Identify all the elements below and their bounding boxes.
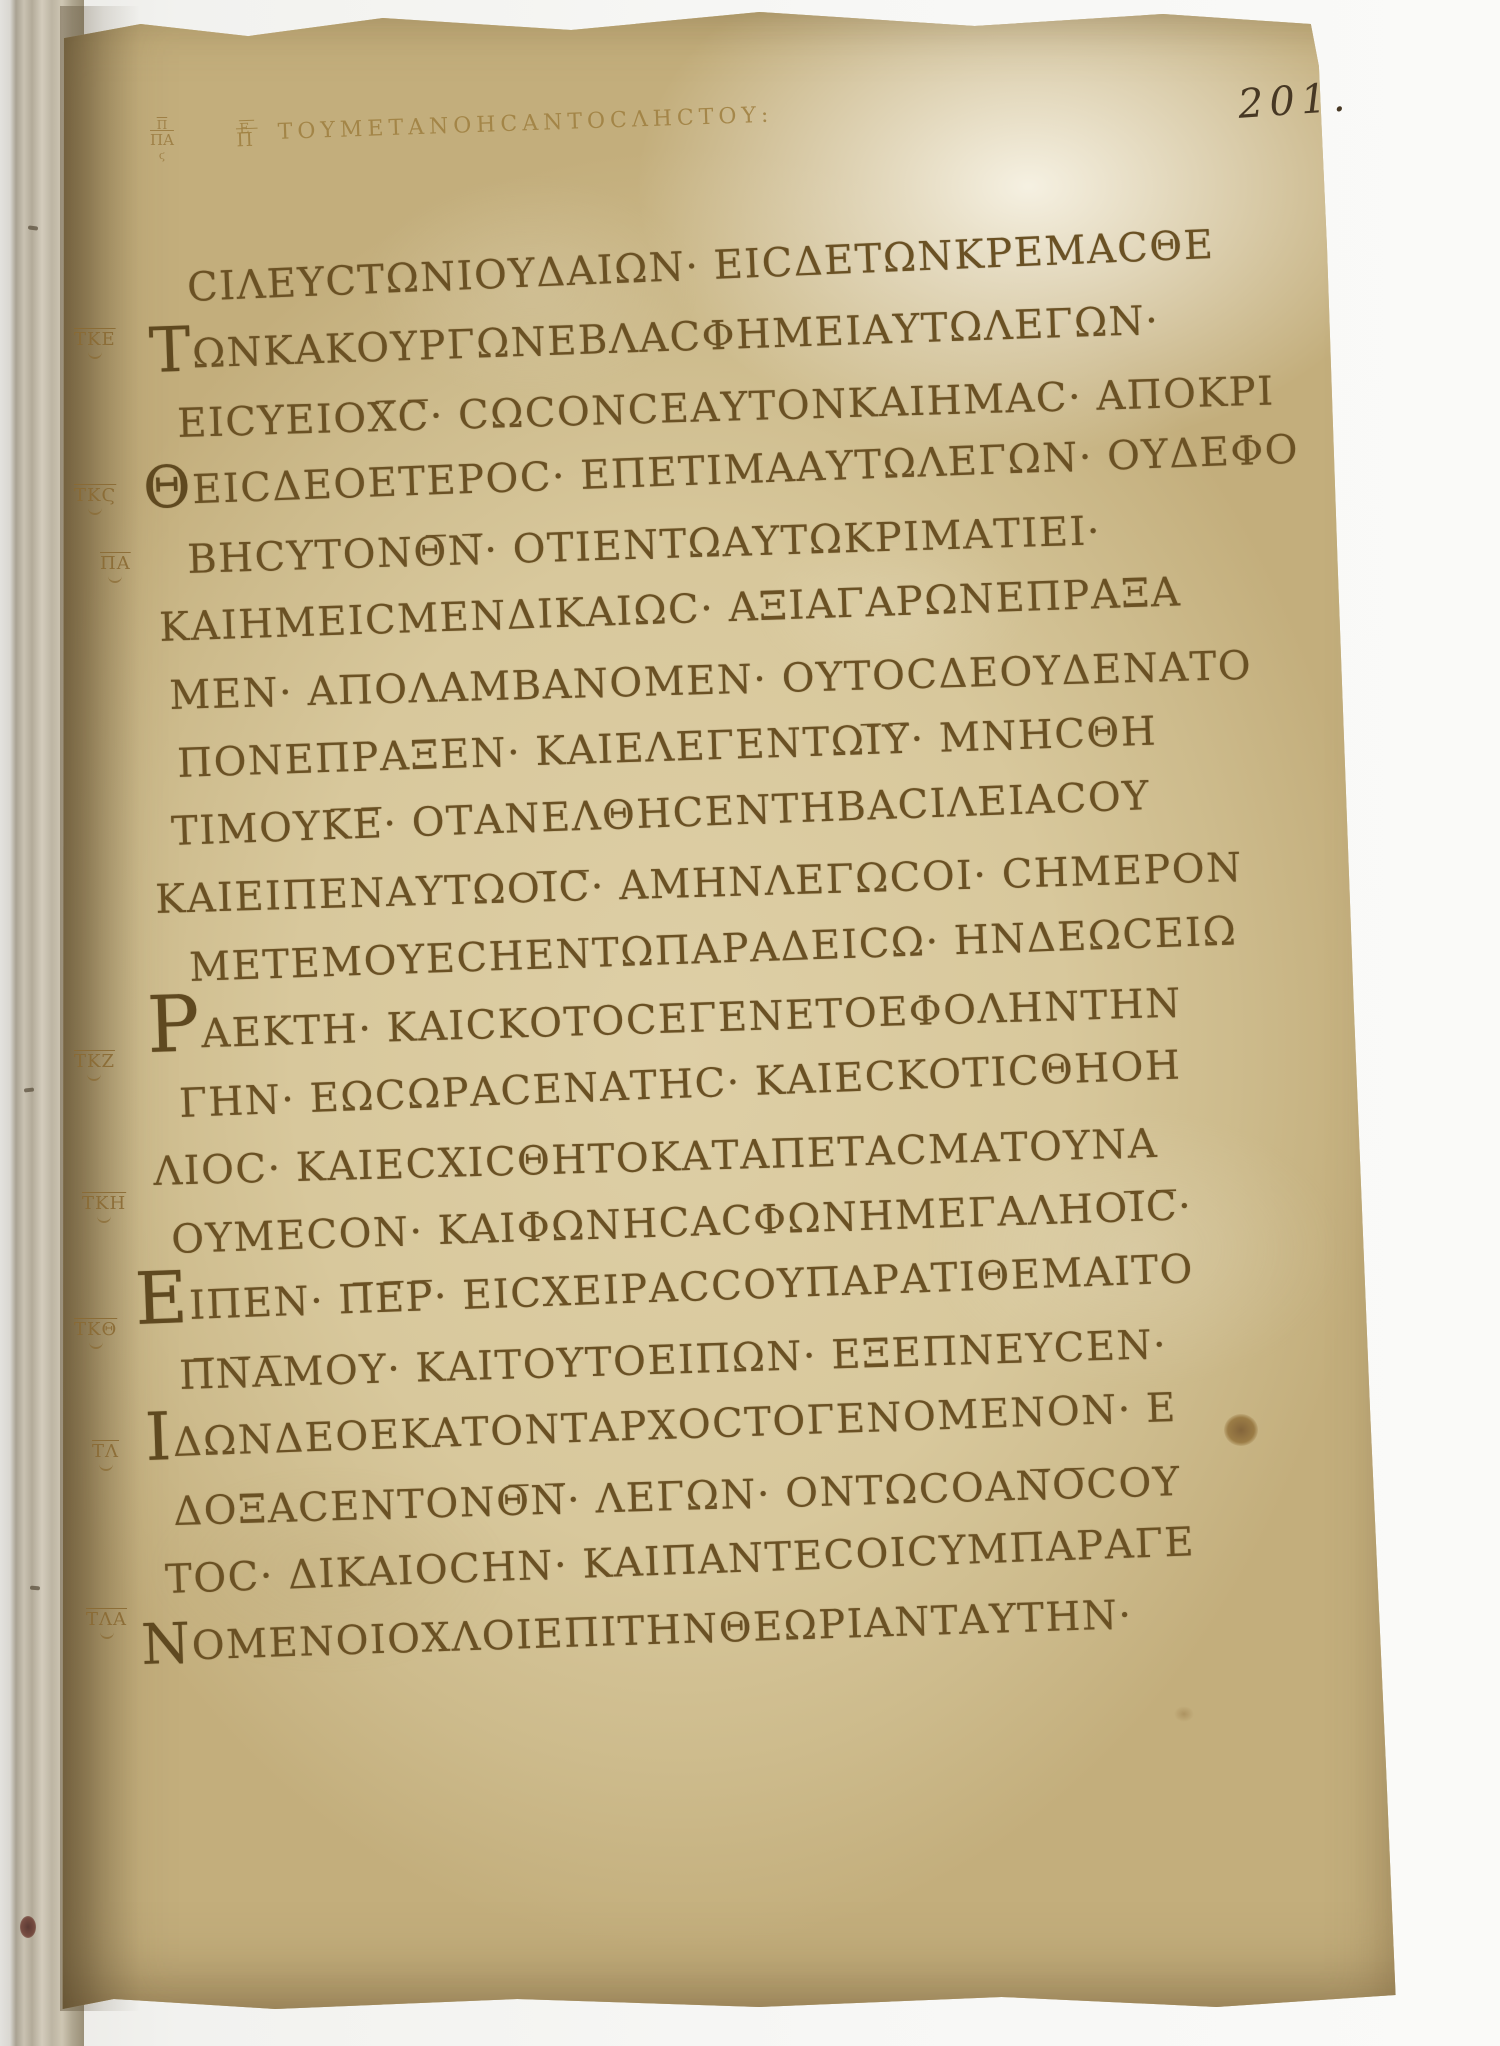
- margin-section-ΤΛ: ΤΛ: [92, 1444, 119, 1471]
- margin-section-ΤΚΕ: ΤΚΕ: [74, 332, 116, 359]
- section-label: ΤΚϚ: [74, 488, 116, 504]
- section-label: ΤΚΘ: [74, 1322, 117, 1338]
- kephalaion-number: Π ΠΑ ϛ: [150, 118, 174, 163]
- faint-stain: [1174, 1706, 1194, 1722]
- binding-stitch: [30, 1586, 40, 1591]
- enlarged-initial: Τ: [149, 350, 192, 351]
- enlarged-initial: Ε: [135, 1297, 189, 1299]
- section-label: ΠΑ: [100, 556, 131, 572]
- margin-section-ΤΚϚ: ΤΚϚ: [74, 488, 116, 515]
- canon-mark: [108, 574, 122, 583]
- section-label: ΤΛΑ: [86, 1612, 127, 1628]
- manuscript-scan: 201. Ε Π ΤΟΥΜΕΤΑΝΟΗϹΑΝΤΟϹΛΗϹΤΟΥ: Π ΠΑ ϛ …: [0, 0, 1500, 2046]
- margin-section-ΠΑ: ΠΑ: [100, 556, 131, 583]
- canon-mark: [97, 1214, 111, 1223]
- ink-stain: [1224, 1414, 1258, 1446]
- canon-mark: [100, 1630, 114, 1639]
- canon-mark: [99, 1462, 113, 1471]
- margin-section-ΤΚΖ: ΤΚΖ: [74, 1054, 115, 1081]
- binding-stain: [20, 1916, 36, 1938]
- canon-mark: [89, 1340, 103, 1349]
- enlarged-initial: Ι: [145, 1437, 173, 1438]
- enlarged-initial: Θ: [143, 486, 192, 488]
- enlarged-initial: Ρ: [147, 1024, 201, 1026]
- enlarged-initial: Ν: [141, 1644, 191, 1646]
- section-label: ΤΚΖ: [74, 1054, 115, 1070]
- canon-mark: [88, 506, 102, 515]
- section-label: ΤΚΕ: [74, 332, 116, 348]
- folio-number: 201.: [1237, 74, 1353, 128]
- canon-mark: [87, 1072, 101, 1081]
- canon-mark: [88, 350, 102, 359]
- margin-section-ΤΚΘ: ΤΚΘ: [74, 1322, 117, 1349]
- margin-section-ΤΛΑ: ΤΛΑ: [86, 1612, 127, 1639]
- margin-section-ΤΚΗ: ΤΚΗ: [82, 1196, 126, 1223]
- section-label: ΤΚΗ: [82, 1196, 126, 1212]
- peri-abbreviation: Ε Π: [236, 124, 258, 147]
- section-label: ΤΛ: [92, 1444, 119, 1460]
